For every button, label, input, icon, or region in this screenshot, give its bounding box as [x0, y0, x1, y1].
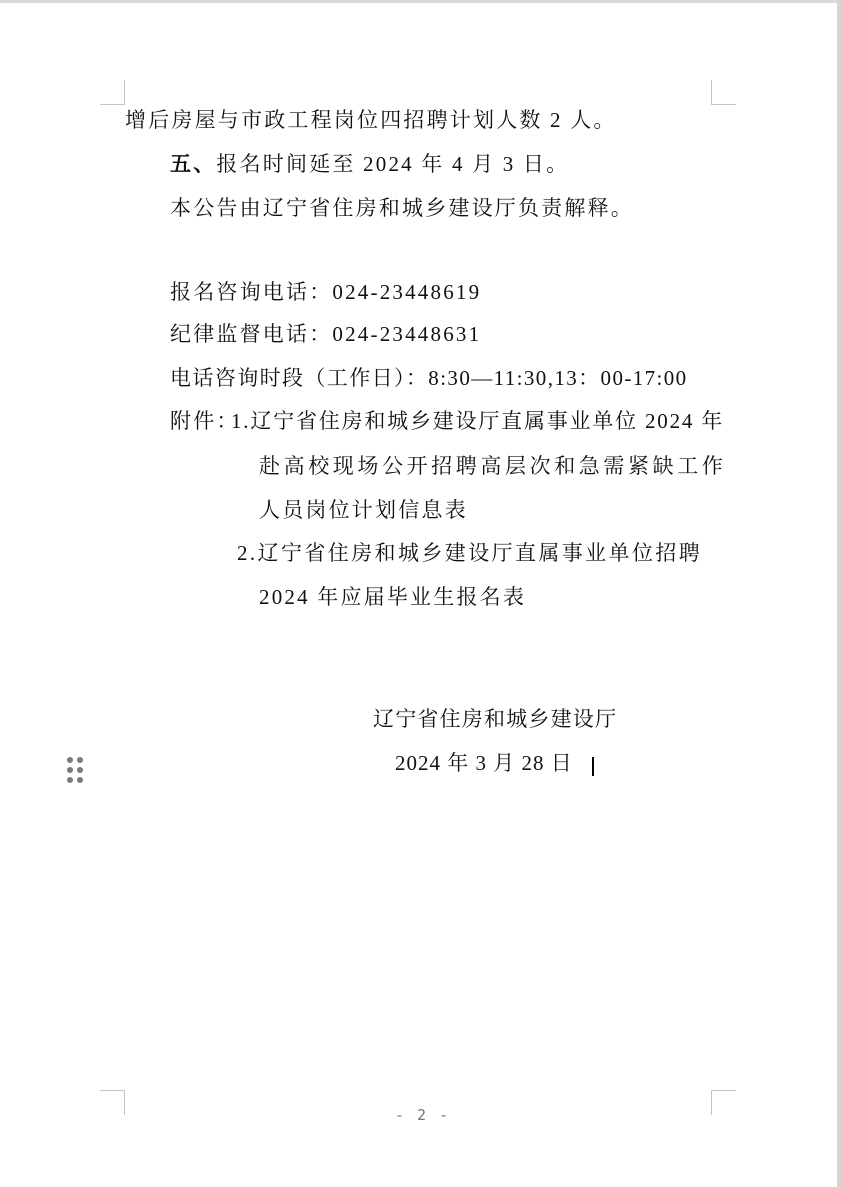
paragraph-deadline: 五、报名时间延至 2024 年 4 月 3 日。	[170, 152, 569, 176]
attachment-1-line-1: 1.辽宁省住房和城乡建设厅直属事业单位 2024 年	[231, 409, 724, 433]
attachment-1-line-3: 人员岗位计划信息表	[259, 498, 468, 522]
attachments-label: 附件：	[170, 409, 240, 433]
attachment-2-line-1: 2.辽宁省住房和城乡建设厅直属事业单位招聘	[237, 541, 702, 565]
contact-hours: 电话咨询时段（工作日）：8:30—11:30,13：00-17:00	[170, 366, 688, 390]
margin-corner-top-right	[711, 80, 736, 105]
signature-organization: 辽宁省住房和城乡建设厅	[373, 707, 617, 731]
paragraph-interpretation: 本公告由辽宁省住房和城乡建设厅负责解释。	[170, 196, 634, 220]
margin-corner-bottom-right	[711, 1090, 736, 1115]
attachment-2-line-2: 2024 年应届毕业生报名表	[259, 585, 526, 609]
text-cursor	[592, 757, 594, 776]
margin-corner-bottom-left	[100, 1090, 125, 1115]
section-number: 五、	[170, 152, 216, 176]
drag-handle-icon[interactable]	[67, 757, 85, 785]
document-page: 增后房屋与市政工程岗位四招聘计划人数 2 人。 五、报名时间延至 2024 年 …	[0, 3, 837, 1187]
contact-discipline-phone: 纪律监督电话：024-23448631	[170, 322, 481, 346]
margin-corner-top-left	[100, 80, 125, 105]
deadline-text: 报名时间延至 2024 年 4 月 3 日。	[216, 152, 569, 176]
signature-date: 2024 年 3 月 28 日	[395, 751, 573, 775]
contact-signup-phone: 报名咨询电话：024-23448619	[170, 280, 481, 304]
paragraph-continuation: 增后房屋与市政工程岗位四招聘计划人数 2 人。	[125, 108, 617, 132]
window-edge	[837, 0, 841, 1187]
page-number: - 2 -	[395, 1106, 450, 1124]
attachment-1-line-2: 赴高校现场公开招聘高层次和急需紧缺工作	[259, 454, 726, 478]
